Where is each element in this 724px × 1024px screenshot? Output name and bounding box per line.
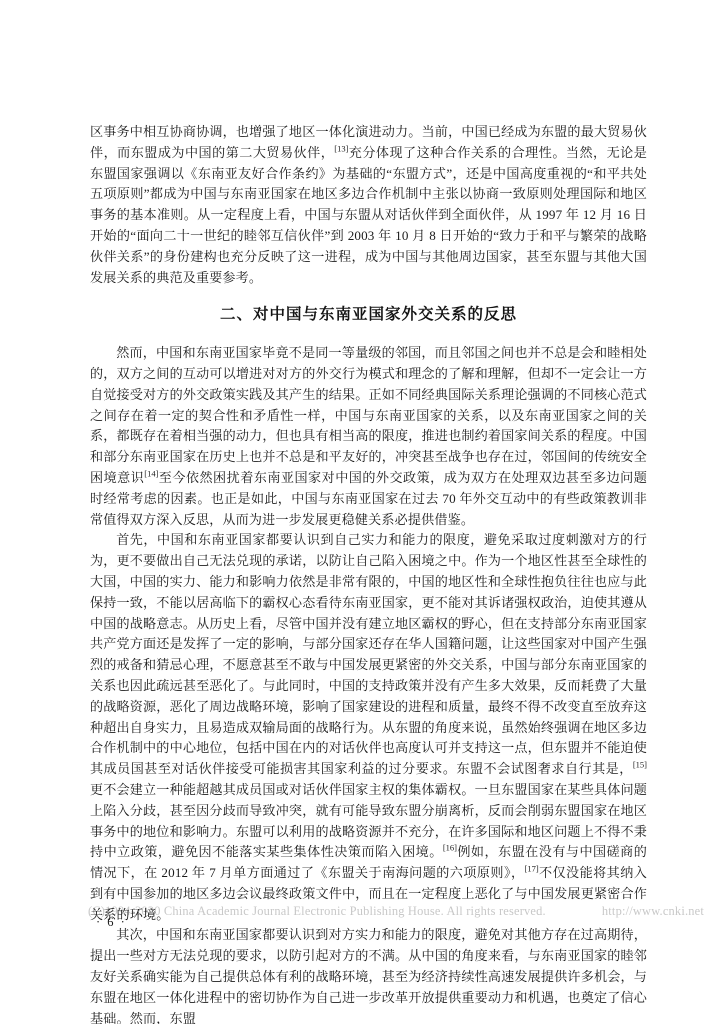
body-paragraph: 然而，中国和东南亚国家毕竟不是同一等量级的邻国，而且邻国之间也并不总是会和睦相处… bbox=[90, 343, 647, 530]
reference-superscript: [14] bbox=[144, 469, 158, 479]
body-paragraph: 其次，中国和东南亚国家都要认识到对方实力和能力的限度，避免对其他方存在过高期待，… bbox=[90, 925, 647, 1024]
page-number: · 6 · bbox=[96, 915, 127, 930]
continuation-paragraph: 区事务中相互协商协调，也增强了地区一体化演进动力。当前，中国已经成为东盟的最大贸… bbox=[90, 122, 647, 288]
reference-superscript: [16] bbox=[443, 843, 457, 853]
article-body: 区事务中相互协商协调，也增强了地区一体化演进动力。当前，中国已经成为东盟的最大贸… bbox=[90, 122, 647, 1024]
reference-superscript: [17] bbox=[525, 864, 539, 874]
section-heading: 二、对中国与东南亚国家外交关系的反思 bbox=[90, 305, 647, 326]
paragraph-list: 然而，中国和东南亚国家毕竟不是同一等量级的邻国，而且邻国之间也并不总是会和睦相处… bbox=[90, 343, 647, 1024]
body-paragraph: 首先，中国和东南亚国家都要认识到自己实力和能力的限度，避免采取过度刺激对方的行为… bbox=[90, 530, 647, 925]
reference-superscript: [15] bbox=[633, 760, 647, 770]
journal-page: 区事务中相互协商协调，也增强了地区一体化演进动力。当前，中国已经成为东盟的最大贸… bbox=[0, 0, 724, 1024]
reference-superscript: [13] bbox=[334, 143, 348, 153]
